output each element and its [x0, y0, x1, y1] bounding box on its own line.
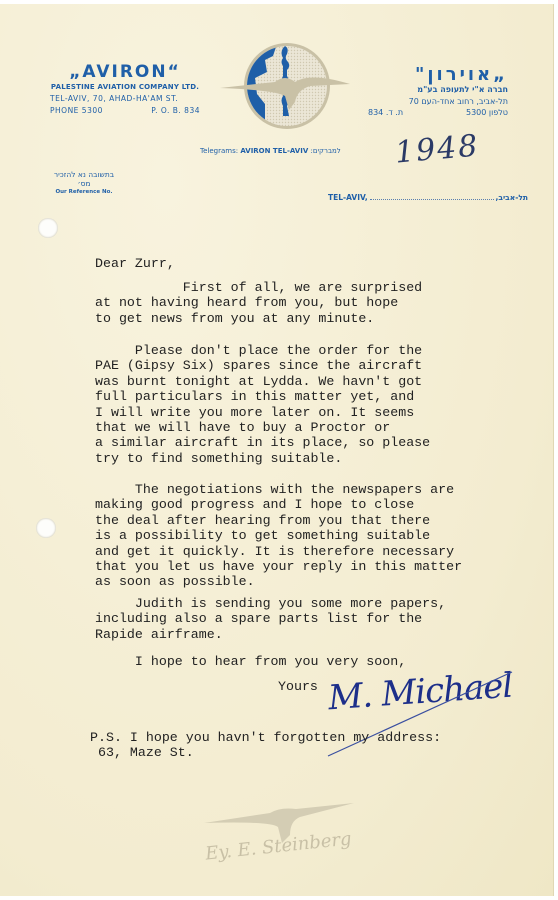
reference-label-english: Our Reference No.: [48, 189, 120, 195]
company-address-english: TEL-AVIV, 70, AHAD-HA'AM ST.: [50, 94, 200, 103]
phone-english: PHONE 5300: [50, 106, 103, 115]
paragraph-2: Please don't place the order for the PAE…: [95, 343, 430, 466]
letterhead-hebrew: „אוירון" חברה א"י לתעופה בע"מ תל-אביב, ר…: [368, 64, 508, 117]
paragraph-4: Judith is sending you some more papers, …: [95, 596, 446, 642]
pob-english: P. O. B. 834: [151, 106, 200, 115]
company-subtitle-hebrew: חברה א"י לתעופה בע"מ: [368, 85, 508, 94]
letter-paper: „AVIRON“ PALESTINE AVIATION COMPANY LTD.…: [0, 4, 554, 896]
company-name-english: „AVIRON“: [50, 62, 200, 82]
telegrams-value: AVIRON TEL-AVIV: [240, 147, 308, 155]
date-label-english: TEL-AVIV,: [328, 193, 368, 202]
bird-globe-logo-icon: [215, 34, 355, 134]
company-subtitle-english: PALESTINE AVIATION COMPANY LTD.: [50, 83, 200, 91]
punch-hole-bottom: [36, 518, 56, 538]
paragraph-1: First of all, we are surprised at not ha…: [95, 280, 422, 326]
letterhead-english: „AVIRON“ PALESTINE AVIATION COMPANY LTD.…: [50, 62, 200, 115]
phone-hebrew: טלפון 5300: [466, 108, 508, 117]
punch-hole-top: [38, 218, 58, 238]
company-name-hebrew: „אוירון": [368, 64, 508, 85]
paragraph-3: The negotiations with the newspapers are…: [95, 482, 462, 590]
postscript: P.S. I hope you havn't forgotten my addr…: [90, 730, 441, 761]
telegrams-label-hebrew: :למברקים: [310, 147, 340, 155]
company-address-hebrew: תל-אביב, רחוב אחד-העם 70: [368, 97, 508, 106]
sign-off: Yours: [278, 679, 318, 694]
salutation: Dear Zurr,: [95, 256, 175, 271]
telegrams-label: Telegrams:: [200, 147, 238, 155]
handwritten-year: 1948: [394, 128, 481, 170]
telegrams-line: Telegrams: AVIRON TEL-AVIV :למברקים: [200, 147, 341, 155]
date-line: TEL-AVIV, תל-אביב,: [328, 193, 528, 202]
pob-hebrew: ת. ד. 834: [368, 108, 403, 117]
reference-label-hebrew: בתשובה נא להזכיר מס׳: [48, 170, 120, 188]
reference-block: בתשובה נא להזכיר מס׳ Our Reference No.: [48, 170, 120, 195]
date-dotted-line: [370, 199, 494, 200]
date-label-hebrew: תל-אביב,: [496, 193, 528, 202]
company-phone-row-english: PHONE 5300 P. O. B. 834: [50, 106, 200, 115]
company-phone-row-hebrew: טלפון 5300 ת. ד. 834: [368, 108, 508, 117]
